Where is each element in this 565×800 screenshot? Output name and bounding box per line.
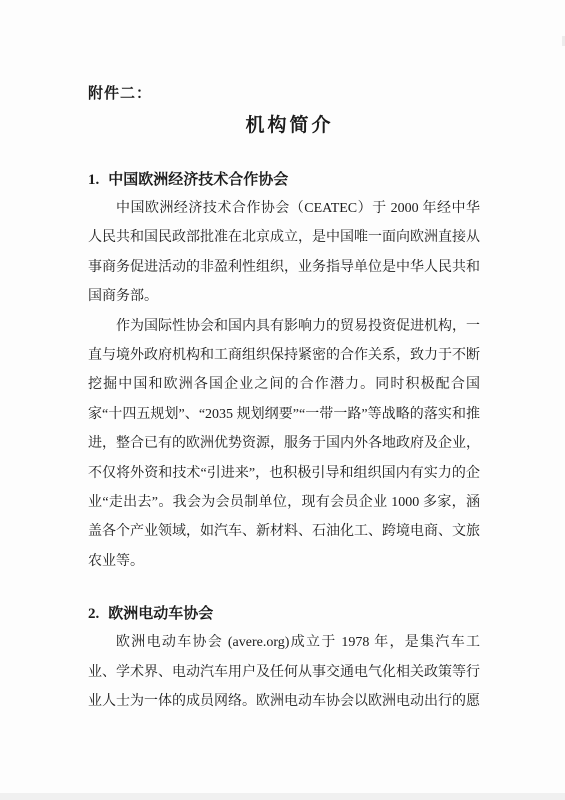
section-2-number: 2. [88, 604, 99, 624]
scan-edge-shadow [0, 793, 565, 800]
section-2-heading: 2.欧洲电动车协会 [88, 604, 481, 624]
section-1-title: 中国欧洲经济技术合作协会 [108, 172, 288, 188]
section-1-heading: 1.中国欧洲经济技术合作协会 [88, 170, 481, 190]
document-content: 附件二： 机构简介 1.中国欧洲经济技术合作协会 中国欧洲经济技术合作协会（CE… [88, 84, 481, 717]
section-1-number: 1. [88, 170, 99, 190]
attachment-label: 附件二： [88, 84, 481, 104]
section-2-paragraph-1: 欧洲电动车协会 (avere.org)成立于 1978 年，是集汽车工业、学术界… [88, 628, 480, 716]
section-1-paragraph-2: 作为国际性协会和国内具有影响力的贸易投资促进机构，一直与境外政府机构和工商组织保… [88, 312, 480, 577]
section-avere: 2.欧洲电动车协会 欧洲电动车协会 (avere.org)成立于 1978 年，… [88, 604, 481, 716]
section-ceatec: 1.中国欧洲经济技术合作协会 中国欧洲经济技术合作协会（CEATEC）于 200… [88, 170, 481, 576]
section-2-title: 欧洲电动车协会 [108, 606, 213, 622]
section-1-paragraph-1: 中国欧洲经济技术合作协会（CEATEC）于 2000 年经中华人民共和国民政部批… [88, 194, 480, 312]
document-page: 附件二： 机构简介 1.中国欧洲经济技术合作协会 中国欧洲经济技术合作协会（CE… [0, 0, 565, 800]
document-title: 机构简介 [98, 114, 481, 138]
